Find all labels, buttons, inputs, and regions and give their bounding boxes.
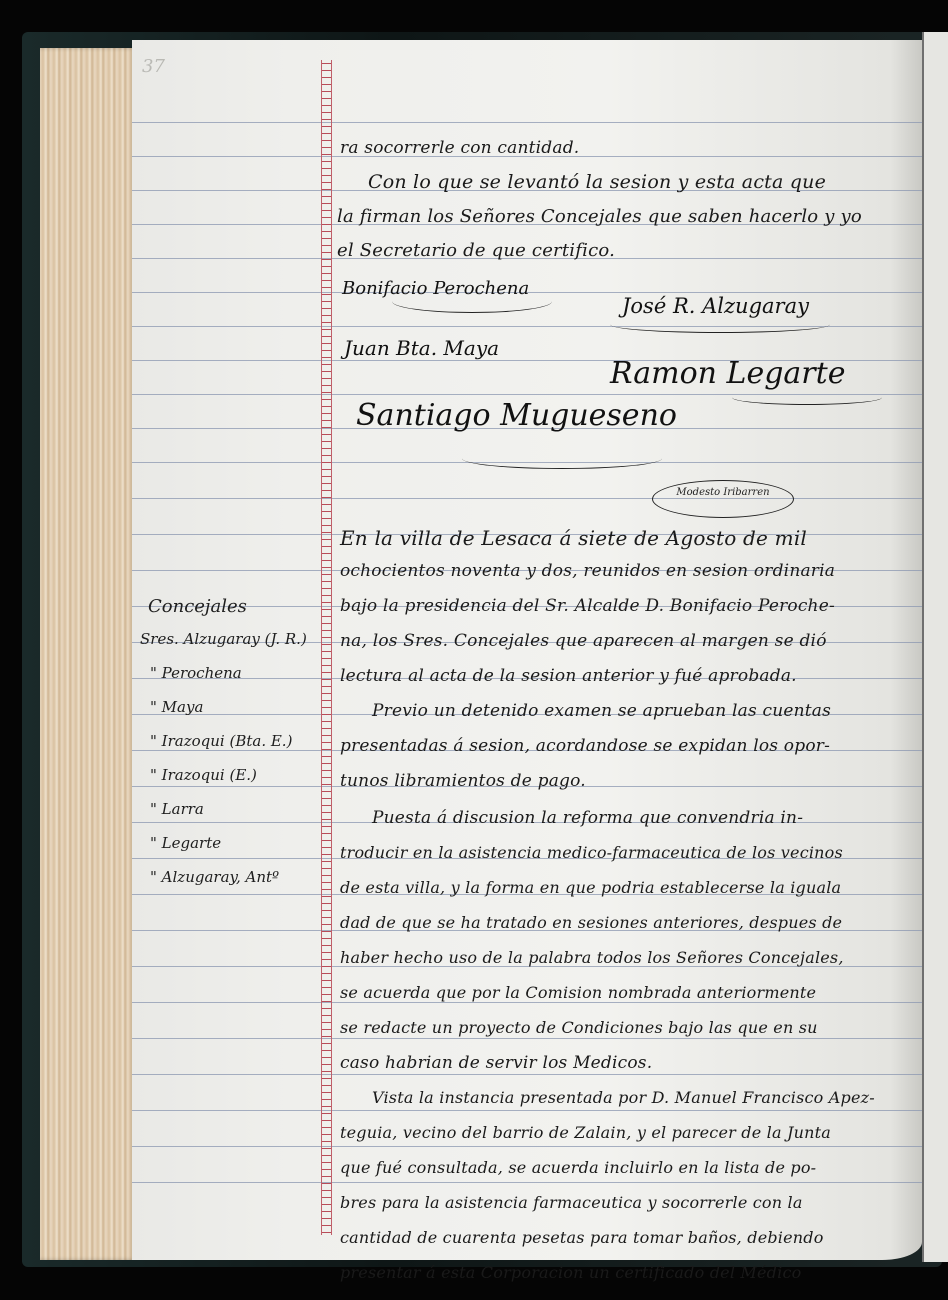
text-line: caso habrian de servir los Medicos. — [340, 1053, 652, 1073]
text-line: la firman los Señores Concejales que sab… — [337, 206, 862, 227]
text-line: cantidad de cuarenta pesetas para tomar … — [340, 1228, 824, 1247]
text-line: ra socorrerle con cantidad. — [340, 138, 579, 158]
text-line: se redacte un proyecto de Condiciones ba… — [340, 1018, 818, 1037]
page-number: 37 — [142, 56, 165, 77]
ledger-page: 37 ra socorrerle con cantidad. Con lo qu… — [132, 40, 922, 1260]
text-line: teguia, vecino del barrio de Zalain, y e… — [340, 1123, 831, 1142]
signature-flourish — [462, 448, 662, 469]
text-line: haber hecho uso de la palabra todos los … — [340, 948, 844, 967]
text-line: ochocientos noventa y dos, reunidos en s… — [340, 561, 835, 581]
text-line: presentar á esta Corporacion un certific… — [340, 1263, 801, 1282]
signature: Juan Bta. Maya — [344, 336, 499, 360]
signature: Ramon Legarte — [610, 356, 845, 391]
text-line: de esta villa, y la forma en que podria … — [340, 878, 841, 897]
margin-member: " Larra — [150, 800, 204, 818]
margin-member: Sres. Alzugaray (J. R.) — [140, 630, 307, 648]
secretary-rubric: Modesto Iribarren — [652, 480, 794, 518]
text-line: dad de que se ha tratado en sesiones ant… — [340, 913, 842, 932]
text-line: se acuerda que por la Comision nombrada … — [340, 983, 816, 1002]
text-line: lectura al acta de la sesion anterior y … — [340, 666, 797, 686]
text-line: el Secretario de que certifico. — [337, 240, 615, 261]
margin-member: " Irazoqui (Bta. E.) — [150, 732, 292, 750]
text-line: tunos libramientos de pago. — [340, 771, 586, 791]
text-line: Puesta á discusion la reforma que conven… — [372, 808, 803, 828]
text-line: bajo la presidencia del Sr. Alcalde D. B… — [340, 596, 835, 616]
adjacent-page-edge — [922, 32, 948, 1262]
signature: Santiago Mugueseno — [356, 398, 677, 433]
margin-member: " Alzugaray, Antº — [150, 868, 279, 886]
signature-flourish — [392, 290, 552, 313]
margin-member: " Maya — [150, 698, 203, 716]
text-line: que fué consultada, se acuerda incluirlo… — [340, 1158, 816, 1177]
signature-flourish — [732, 390, 882, 405]
text-line: En la villa de Lesaca á siete de Agosto … — [340, 526, 807, 550]
page-edges-stack — [40, 48, 136, 1260]
text-line: Vista la instancia presentada por D. Man… — [372, 1088, 875, 1107]
text-line: presentadas á sesion, acordandose se exp… — [340, 736, 830, 756]
text-line: bres para la asistencia farmaceutica y s… — [340, 1193, 803, 1212]
signature-flourish — [610, 316, 830, 333]
text-line: Con lo que se levantó la sesion y esta a… — [368, 171, 826, 193]
text-line: troducir en la asistencia medico-farmace… — [340, 843, 843, 862]
margin-member: " Legarte — [150, 834, 221, 852]
margin-heading: Concejales — [148, 596, 247, 617]
margin-member: " Irazoqui (E.) — [150, 766, 257, 784]
red-margin-rule — [321, 60, 332, 1235]
signature: José R. Alzugaray — [622, 294, 809, 318]
text-line: na, los Sres. Concejales que aparecen al… — [340, 631, 827, 651]
text-line: Previo un detenido examen se aprueban la… — [372, 701, 831, 721]
margin-member: " Perochena — [150, 664, 242, 682]
